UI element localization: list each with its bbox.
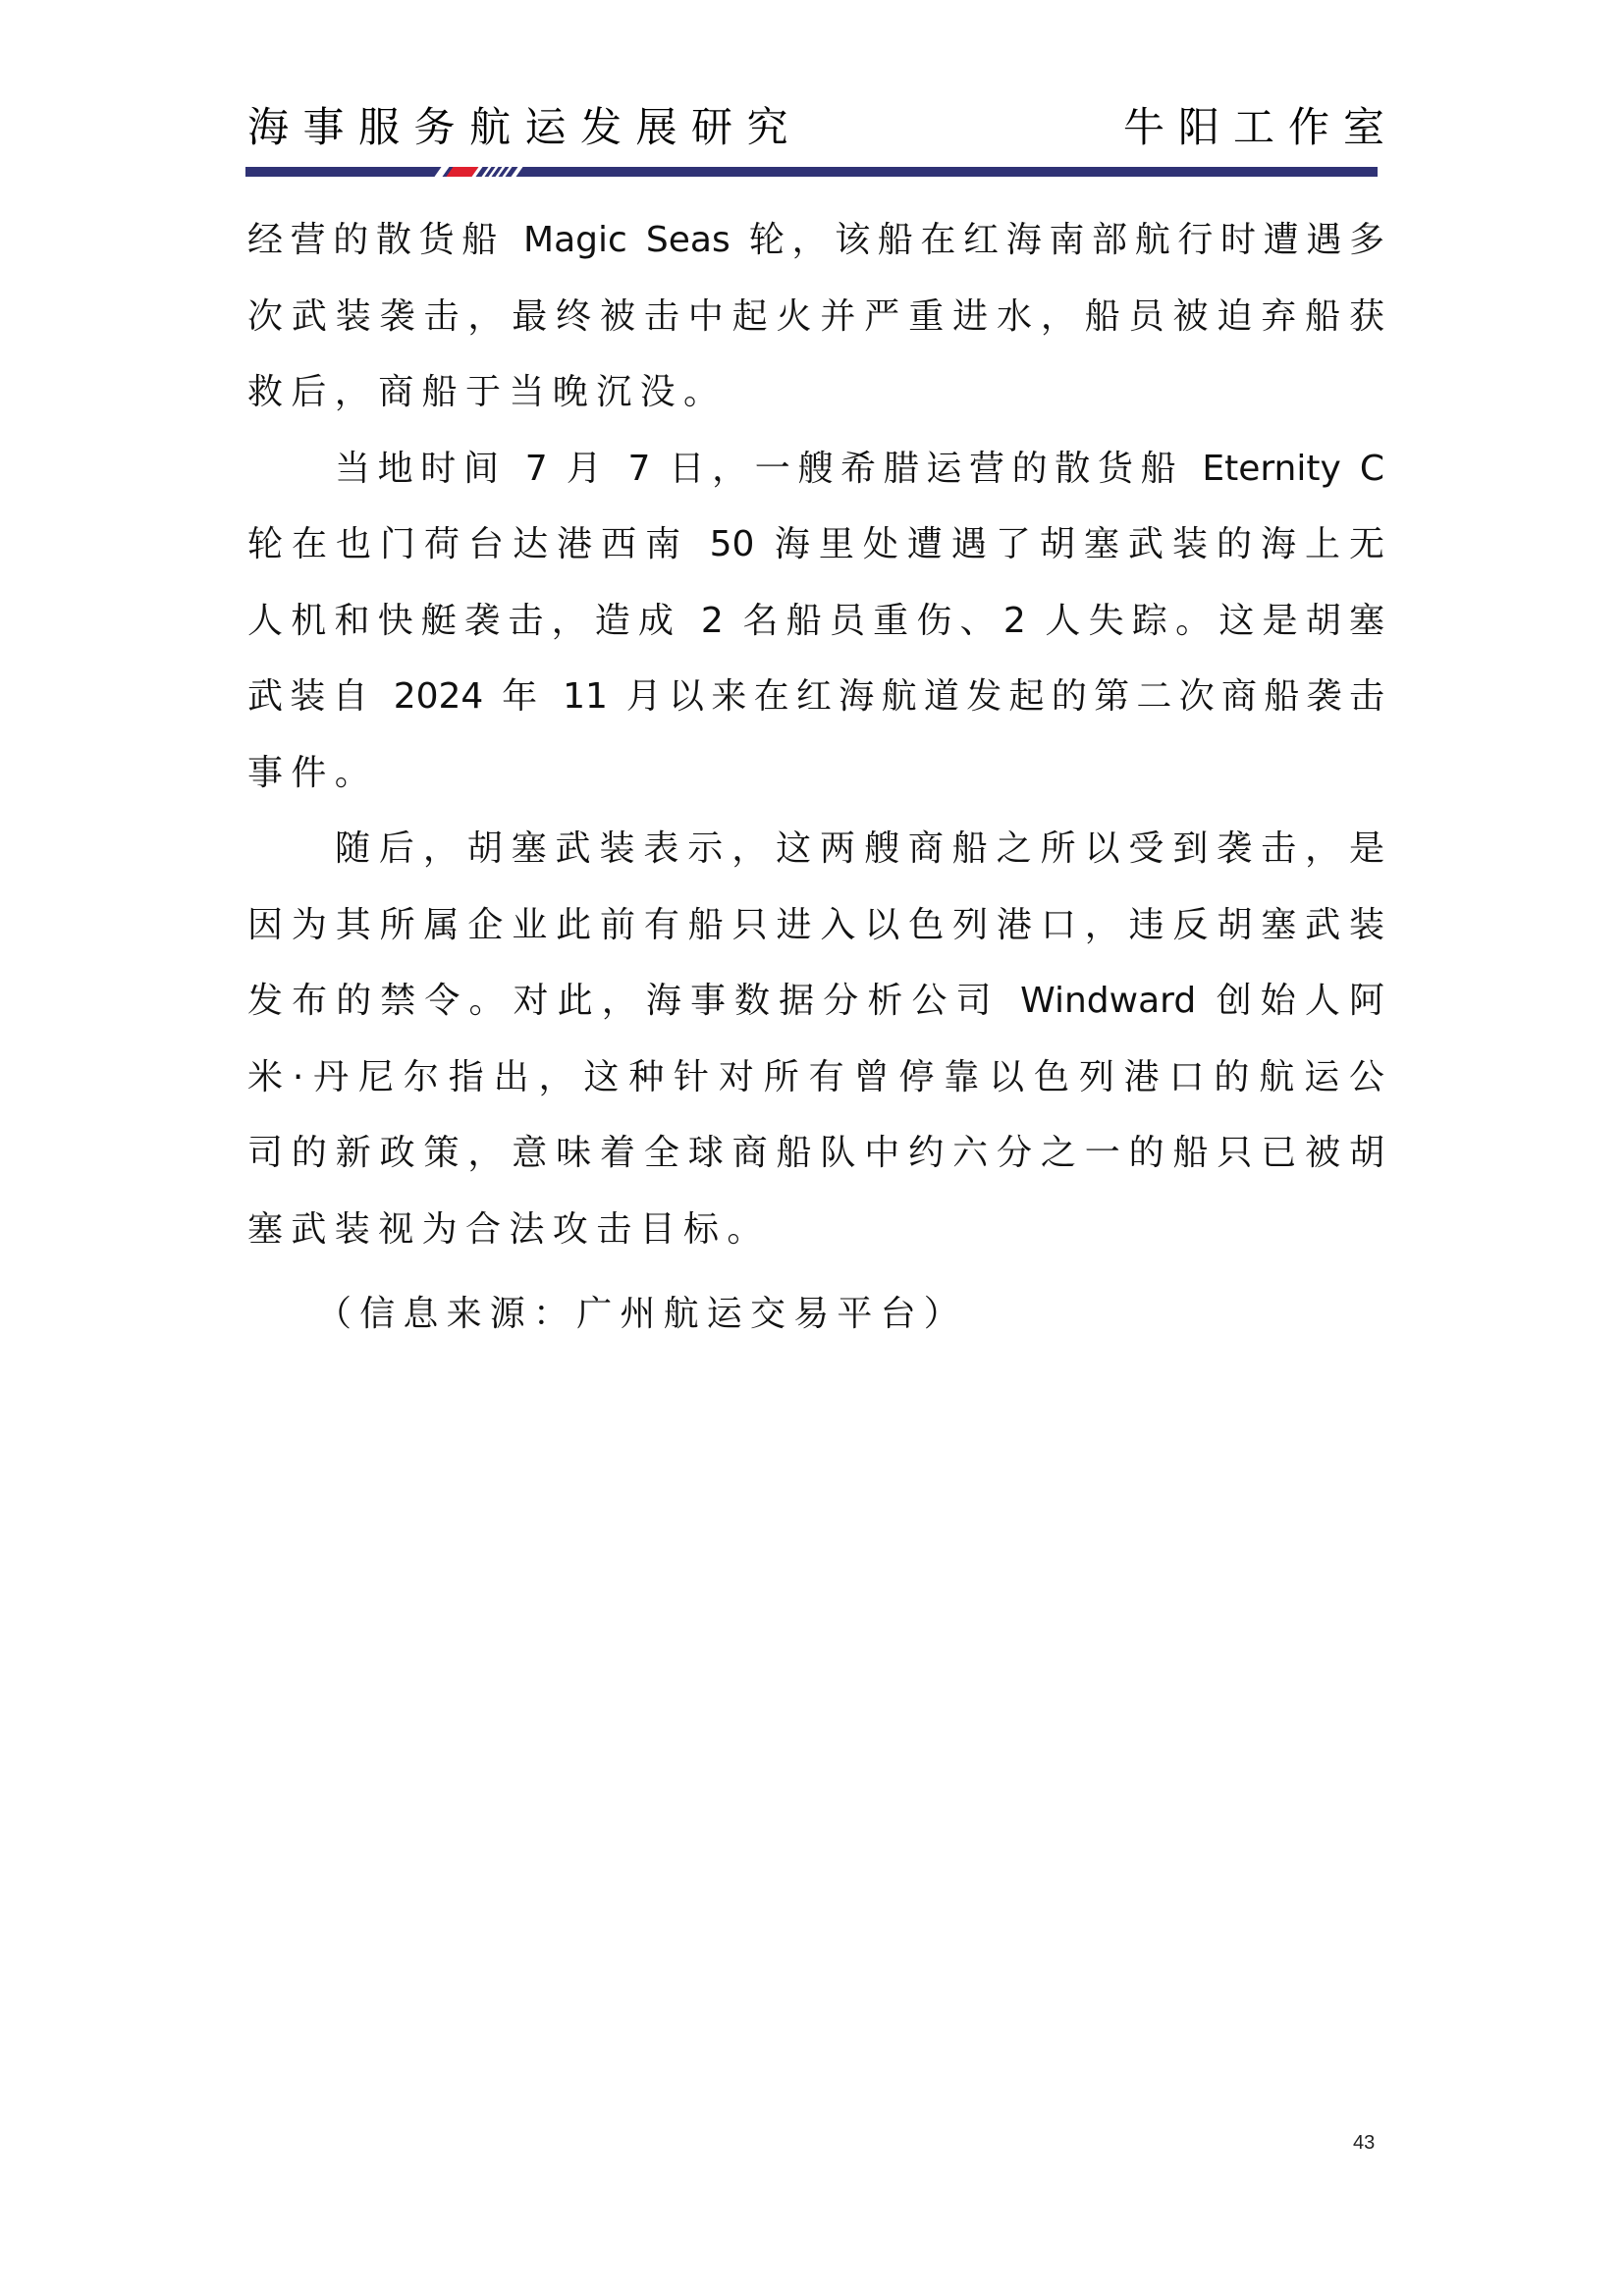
text-line: 事件。 xyxy=(247,735,1384,812)
text-line: 轮在也门荷台达港西南 50 海里处遭遇了胡塞武装的海上无 xyxy=(247,507,1384,583)
studio-name: 牛阳工作室 xyxy=(1123,98,1398,157)
text-line: 随后，胡塞武装表示，这两艘商船之所以受到袭击，是 xyxy=(247,811,1384,887)
article-body: 经营的散货船 Magic Seas 轮，该船在红海南部航行时遭遇多 次武装袭击，… xyxy=(247,202,1384,1267)
text-line: 因为其所属企业此前有船只进入以色列港口，违反胡塞武装 xyxy=(247,887,1384,964)
text-line: 米·丹尼尔指出，这种针对所有曾停靠以色列港口的航运公 xyxy=(247,1040,1384,1116)
text-line: 司的新政策，意味着全球商船队中约六分之一的船只已被胡 xyxy=(247,1115,1384,1192)
text-line: 塞武装视为合法攻击目标。 xyxy=(247,1192,1384,1268)
page-number: 43 xyxy=(1353,2132,1375,2155)
paragraph-2: 当地时间 7 月 7 日，一艘希腊运营的散货船 Eternity C 轮在也门荷… xyxy=(247,431,1384,812)
text-line: 武装自 2024 年 11 月以来在红海航道发起的第二次商船袭击 xyxy=(247,659,1384,735)
header-rule xyxy=(245,167,1378,177)
paragraph-1: 经营的散货船 Magic Seas 轮，该船在红海南部航行时遭遇多 次武装袭击，… xyxy=(247,202,1384,431)
rule-stripe xyxy=(511,167,522,177)
text-line: 当地时间 7 月 7 日，一艘希腊运营的散货船 Eternity C xyxy=(247,431,1384,507)
source-attribution: （信息来源：广州航运交易平台） xyxy=(316,1276,967,1353)
page-header: 海事服务航运发展研究 牛阳工作室 xyxy=(247,98,1384,157)
text-line: 救后，商船于当晚沉没。 xyxy=(247,354,1384,431)
paragraph-3: 随后，胡塞武装表示，这两艘商船之所以受到袭击，是 因为其所属企业此前有船只进入以… xyxy=(247,811,1384,1267)
text-line: 发布的禁令。对此，海事数据分析公司 Windward 创始人阿 xyxy=(247,963,1384,1040)
text-line: 人机和快艇袭击，造成 2 名船员重伤、2 人失踪。这是胡塞 xyxy=(247,583,1384,660)
text-line: 经营的散货船 Magic Seas 轮，该船在红海南部航行时遭遇多 xyxy=(247,202,1384,279)
publication-title: 海事服务航运发展研究 xyxy=(247,98,802,157)
text-line: 次武装袭击，最终被击中起火并严重进水，船员被迫弃船获 xyxy=(247,279,1384,355)
